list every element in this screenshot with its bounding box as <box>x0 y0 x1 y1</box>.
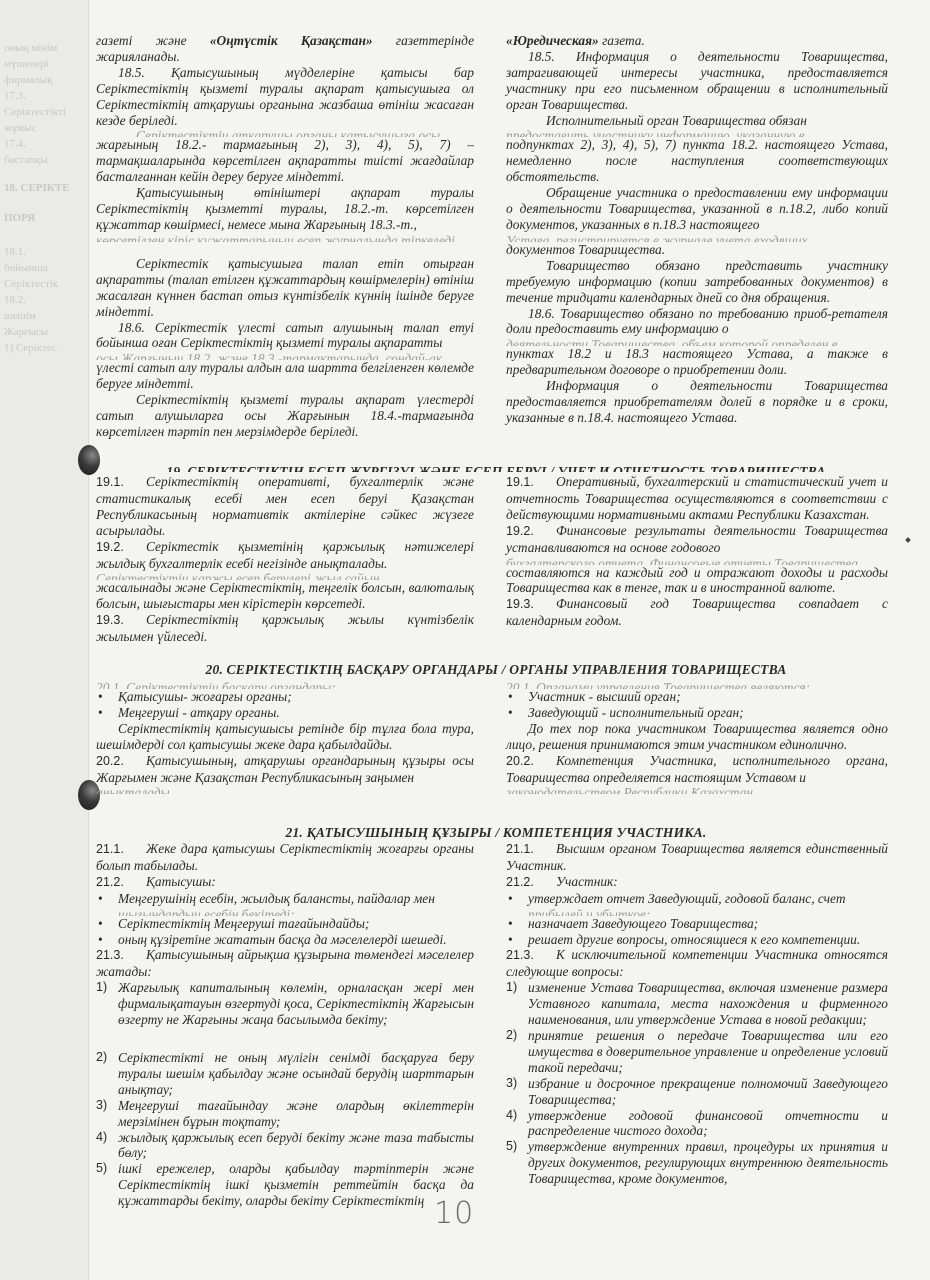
clause: 21.2.Қатысушы: <box>96 874 474 891</box>
paragraph: Товарищество обязано представить участни… <box>506 258 888 306</box>
section18-kazakh-column: газеті және «Оңтүстік Қазақстан» газетте… <box>96 33 474 440</box>
section20-heading: 20. СЕРІКТЕСТІКТІҢ БАСҚАРУ ОРГАНДАРЫ / О… <box>96 662 896 678</box>
list-item: 1)Жарғылық капиталының көлемін, орналасқ… <box>96 980 474 1028</box>
list-item: 1)изменение Устава Товарищества, включая… <box>506 980 888 1028</box>
list-item: 4)утверждение годовой финансовой отчетно… <box>506 1108 888 1140</box>
list-item: 2)принятие решения о передаче Товарищест… <box>506 1028 888 1076</box>
paragraph: 18.5. Қатысушының мүдделеріне қатысы бар… <box>96 65 474 129</box>
list-item: Участник - высший орган; <box>506 689 888 705</box>
clause: 19.1.Оперативный, бухгалтерский и статис… <box>506 474 888 523</box>
ghost-text: 17.3. <box>4 90 26 102</box>
faded-line: бухгалтерского отчета. Финансовые отчеты… <box>506 556 888 565</box>
faded-line: 20.1. Серіктестіктің басқару органдары: <box>96 680 474 689</box>
ghost-text: Серіктестікті <box>4 106 66 118</box>
paragraph: составляются на каждый год и отражают до… <box>506 565 888 597</box>
paragraph: подпунктах 2), 3), 4), 5), 7) пункта 18.… <box>506 137 888 185</box>
clause: 19.1.Серіктестіктің оперативті, бухгалте… <box>96 474 474 539</box>
faded-line: Серіктестіктің қаржы есеп берулері жыл с… <box>96 571 474 580</box>
clause: 19.3.Финансовый год Товарищества совпада… <box>506 596 888 629</box>
list-item: 2)Серіктестікті не оның мүлігін сенімді … <box>96 1050 474 1098</box>
clause: 20.2.Компетенция Участника, исполнительн… <box>506 753 888 786</box>
paragraph: 18.6. Серіктестік үлесті сатып алушының … <box>96 320 474 352</box>
ghost-text: шешім <box>4 310 36 322</box>
clause: 21.1.Высшим органом Товарищества являетс… <box>506 841 888 874</box>
paragraph: Исполнительный орган Товарищества обязан <box>506 113 888 129</box>
ghost-text: 18.1. <box>4 246 26 258</box>
list-item: Меңгерушінің есебін, жылдық балансты, па… <box>96 891 474 907</box>
faded-line: законодательством Республики Казахстан. <box>506 785 888 794</box>
clause: 19.2.Серіктестік қызметінің қаржылық нәт… <box>96 539 474 572</box>
paragraph: Серіктестіктің қызметі туралы ақпарат үл… <box>96 392 474 440</box>
ghost-text: мүшелері <box>4 58 49 70</box>
ghost-text: жұмыс <box>4 122 36 134</box>
list-item: 4)жылдық қаржылық есеп беруді бекіту жән… <box>96 1130 474 1162</box>
paragraph: Серіктестік қатысушыға талап етіп отырға… <box>96 256 474 320</box>
section20-russian-column: 20.1. Органами управления Товарищества я… <box>506 680 888 794</box>
paragraph: документов Товарищества. <box>506 242 888 258</box>
ghost-text: 1) Серіктес <box>4 342 57 354</box>
clause: 21.2.Участник: <box>506 874 888 891</box>
paragraph: Информация о деятельности Товарищества п… <box>506 378 888 426</box>
section21-heading: 21. ҚАТЫСУШЫНЫҢ ҚҰЗЫРЫ / КОМПЕТЕНЦИЯ УЧА… <box>96 825 896 841</box>
pen-mark <box>905 537 911 543</box>
section18-russian-column: «Юредическая» газета. 18.5. Информация о… <box>506 33 888 426</box>
clause: 19.2.Финансовые результаты деятельности … <box>506 523 888 556</box>
paragraph: 18.6. Товарищество обязано по требованию… <box>506 306 888 338</box>
paragraph: До тех пор пока участником Товарищества … <box>506 721 888 753</box>
faded-line: предоставить участнику информацию, указа… <box>506 128 888 137</box>
list-item: 3)Меңгеруші тағайындау және олардың өкіл… <box>96 1098 474 1130</box>
paragraph: пунктах 18.2 и 18.3 настоящего Устава, а… <box>506 346 888 378</box>
faded-line: анықталады. <box>96 785 474 794</box>
paragraph: Қатысушының өтініштері ақпарат туралы Се… <box>96 185 474 233</box>
ghost-text: 17.4. <box>4 138 26 150</box>
ghost-text: оның мінім <box>4 42 57 54</box>
faded-line: деятельности Товарищества, объем которой… <box>506 337 888 346</box>
paragraph: үлесті сатып алу туралы алдын ала шартта… <box>96 360 474 392</box>
ghost-text: бастапқы <box>4 154 48 166</box>
ghost-text: 18. СЕРІКТЕ <box>4 182 69 194</box>
clause: 19.3.Серіктестіктің қаржылық жылы күнтіз… <box>96 612 474 645</box>
ghost-text: ПОРЯ <box>4 212 35 224</box>
list-item: назначает Заведующего Товарищества; <box>506 916 888 932</box>
list-item: 5)утверждение внутренних правил, процеду… <box>506 1139 888 1187</box>
faded-line: көрсетілген кіріс құжаттарының есеп журн… <box>96 233 474 242</box>
faded-line: прибылей и убытков; <box>506 907 888 916</box>
list-item: утверждает отчет Заведующий, годовой бал… <box>506 891 888 907</box>
clause: 21.3.К исключительной компетенции Участн… <box>506 947 888 980</box>
paragraph: 18.5. Информация о деятельности Товарище… <box>506 49 888 113</box>
faded-line: осы Жарғының 18.2. және 18.3.-тармақтары… <box>96 351 474 360</box>
ghost-text: бойынша <box>4 262 48 274</box>
faded-line: Серіктестіктің атқарушы органы қатысушығ… <box>96 128 474 137</box>
section21-russian-column: 21.1.Высшим органом Товарищества являетс… <box>506 841 888 1187</box>
paragraph: жарғының 18.2.- тармағының 2), 3), 4), 5… <box>96 137 474 185</box>
clause: 21.3.Қатысушының айрықша құзырына төменд… <box>96 947 474 980</box>
faded-line: 20.1. Органами управления Товарищества я… <box>506 680 888 689</box>
clause: 21.1.Жеке дара қатысушы Серіктестіктің ж… <box>96 841 474 874</box>
section20-kazakh-column: 20.1. Серіктестіктің басқару органдары: … <box>96 680 474 794</box>
section19-russian-column: 19.1.Оперативный, бухгалтерский и статис… <box>506 474 888 629</box>
ghost-text: Серіктестік <box>4 278 58 290</box>
list-item: Заведующий - исполнительный орган; <box>506 705 888 721</box>
list-item: 3)избрание и досрочное прекращение полно… <box>506 1076 888 1108</box>
clause: 20.2.Қатысушының, атқарушы органдарының … <box>96 753 474 786</box>
list-item: решает другие вопросы, относящиеся к его… <box>506 932 888 948</box>
section19-heading: 19. СЕРІКТЕСТІКТІҢ ЕСЕП ЖҮРГІЗУІ ЖӘНЕ ЕС… <box>96 462 896 472</box>
section19-kazakh-column: 19.1.Серіктестіктің оперативті, бухгалте… <box>96 474 474 645</box>
paragraph: «Юредическая» газета. <box>506 33 888 49</box>
paragraph: Серіктестіктің қатысушысы ретінде бір тұ… <box>96 721 474 753</box>
list-item: 5)ішкі ережелер, оларды қабылдау тәртіпт… <box>96 1161 474 1209</box>
ghost-text: фирмалық <box>4 74 52 86</box>
section21-kazakh-column: 21.1.Жеке дара қатысушы Серіктестіктің ж… <box>96 841 474 1209</box>
ghost-text: Жарғысы <box>4 326 48 338</box>
faded-line: Устава, регистрируется в журнале учета в… <box>506 233 888 242</box>
handwritten-page-number: 10 <box>434 1196 474 1231</box>
paragraph: Обращение участника о предоставлении ему… <box>506 185 888 233</box>
list-item: Меңгеруші - атқару органы. <box>96 705 474 721</box>
ghost-text: 18.2. <box>4 294 26 306</box>
list-item: Қатысушы- жоғарғы органы; <box>96 689 474 705</box>
paragraph: жасалынады және Серіктестіктің, теңгелік… <box>96 580 474 612</box>
faded-line: шығындардың есебін бекітеді; <box>96 907 474 916</box>
document-page: газеті және «Оңтүстік Қазақстан» газетте… <box>96 0 896 1280</box>
list-item: Серіктестіктің Меңгеруші тағайындайды; <box>96 916 474 932</box>
page-margin-bleed: оның мінім мүшелері фирмалық 17.3. Серік… <box>0 0 89 1280</box>
list-item: оның құзіретіне жататын басқа да мәселел… <box>96 932 474 948</box>
paragraph: газеті және «Оңтүстік Қазақстан» газетте… <box>96 33 474 65</box>
